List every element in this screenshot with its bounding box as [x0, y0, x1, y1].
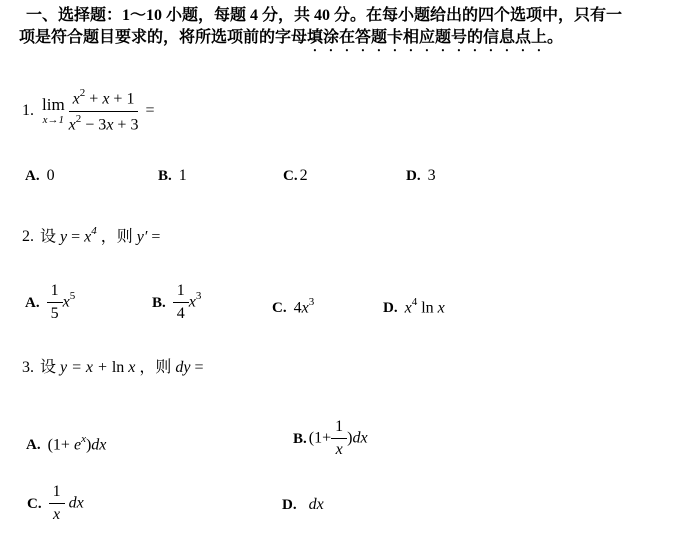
q2-option-d-ln: ln [417, 299, 437, 316]
q2-option-d-var: x [438, 299, 445, 316]
q3-option-b-frac-num: 1 [331, 418, 347, 439]
q3-eq: = [191, 359, 204, 376]
q2-option-c-base: x [302, 299, 309, 316]
limit-word: lim [42, 96, 65, 113]
q3-ln: ln [112, 359, 128, 376]
q3-option-a: A.(1+ ex)dx [26, 430, 106, 455]
q3-option-b-pre: (1+ [309, 430, 331, 447]
q1-option-d: D.3 [406, 166, 436, 186]
q2-option-a-frac-num: 1 [47, 282, 63, 303]
q1-den-end: + 3 [113, 116, 138, 133]
q1-option-a-label: A. [25, 168, 40, 184]
q3-option-a-sup: x [81, 433, 86, 445]
q2-option-a-frac-den: 5 [47, 303, 63, 323]
question-1-stem: 1.limx→1x2 + x + 1x2 − 3x + 3= [22, 88, 154, 134]
q2-option-b-base: x [189, 294, 196, 311]
limit-subscript: x→1 [42, 115, 65, 126]
q1-option-b-label: B. [158, 168, 172, 184]
q3-option-c-frac-num: 1 [49, 483, 65, 504]
q2-option-d-base: x [405, 299, 412, 316]
q1-option-c: C.2 [283, 166, 308, 186]
q2-option-d: D.x4 ln x [383, 293, 445, 318]
limit-operator: limx→1 [42, 96, 65, 126]
q3-option-c-frac-den: x [49, 504, 65, 524]
q3-option-d-dx: dx [309, 496, 324, 513]
q2-option-a: A.15x5 [25, 282, 75, 324]
q1-den-sup: 2 [76, 113, 82, 125]
q2-option-a-label: A. [25, 295, 40, 311]
q3-option-a-pre: (1+ [48, 436, 74, 453]
q3-dy: dy [175, 359, 190, 376]
q2-exponent: 4 [91, 225, 97, 237]
header-line1: 一、选择题：1～10 小题，每题 4 分，共 40 分。在每小题给出的四个选项中… [26, 5, 622, 27]
q2-mid-text: ，则 [97, 228, 137, 245]
header-line2-period: 。 [547, 29, 563, 46]
q2-option-b: B.14x3 [152, 282, 201, 324]
q3-expr-a: y = x + [60, 359, 112, 376]
q1-option-d-value: 3 [428, 167, 436, 184]
q2-option-c-coef: 4 [294, 299, 302, 316]
q2-option-b-label: B. [152, 295, 166, 311]
q3-option-c: C.1x dx [27, 483, 84, 525]
q1-num-sup: 2 [80, 87, 86, 99]
header-line2: 项是符合题目要求的，将所选项前的字母填涂在答题卡相应题号的信息点上。 [19, 27, 563, 55]
q1-option-c-label: C. [283, 168, 298, 184]
q1-num-var1: x [73, 90, 80, 107]
q3-option-c-dx: dx [65, 495, 84, 512]
q2-option-a-fraction: 15 [47, 282, 63, 324]
question-2-stem: 2.设 y = x4 ，则 y′ = [22, 220, 160, 249]
q3-lead-text: 设 [40, 359, 60, 376]
q1-numerator: x2 + x + 1 [69, 88, 139, 112]
q3-option-a-e: e [74, 436, 81, 453]
q2-option-a-base: x [63, 294, 70, 311]
q2-lead-text: 设 [40, 228, 60, 245]
q2-option-c: C.4x3 [272, 293, 314, 318]
q3-option-b: B.(1+1x)dx [293, 418, 368, 460]
q2-option-c-sup: 3 [309, 296, 315, 308]
question-3-stem: 3.设 y = x + ln x ，则 dy = [22, 356, 204, 380]
header-line2-emphasized: 填涂在答题卡相应题号的信息点上 [307, 29, 547, 46]
q2-option-a-sup: 5 [70, 290, 76, 302]
q3-option-b-label: B. [293, 431, 307, 447]
q2-option-d-sup: 4 [412, 296, 418, 308]
q1-equals-sign: = [145, 102, 154, 119]
q1-den-var1: x [69, 116, 76, 133]
q1-option-a-value: 0 [47, 167, 55, 184]
q3-mid-text: ，则 [135, 359, 175, 376]
q2-option-b-frac-den: 4 [173, 303, 189, 323]
q3-option-d-label: D. [282, 497, 297, 513]
header-line2-plain: 项是符合题目要求的，将所选项前的字母 [19, 29, 307, 46]
q3-option-d: D.dx [282, 495, 324, 515]
q3-option-b-dx: dx [352, 430, 367, 447]
q1-fraction: x2 + x + 1x2 − 3x + 3 [69, 88, 139, 134]
q2-option-d-label: D. [383, 300, 398, 316]
q1-option-b: B.1 [158, 166, 187, 186]
q3-option-c-label: C. [27, 496, 42, 512]
q2-eq1: = [67, 228, 84, 245]
q1-num-mid: + [85, 90, 102, 107]
q3-option-b-fraction: 1x [331, 418, 347, 460]
q1-denominator: x2 − 3x + 3 [69, 112, 139, 135]
q2-option-b-frac-num: 1 [173, 282, 189, 303]
q1-den-mid: − 3 [81, 116, 106, 133]
q3-option-b-frac-den: x [331, 439, 347, 459]
q1-option-a: A.0 [25, 166, 55, 186]
q3-option-a-label: A. [26, 437, 41, 453]
q1-option-b-value: 1 [179, 167, 187, 184]
q2-option-c-label: C. [272, 300, 287, 316]
q3-option-c-fraction: 1x [49, 483, 65, 525]
q1-option-c-value: 2 [300, 167, 308, 184]
q1-option-d-label: D. [406, 168, 421, 184]
q2-eq2: = [147, 228, 160, 245]
q2-option-b-sup: 3 [196, 290, 202, 302]
exam-page: 一、选择题：1～10 小题，每题 4 分，共 40 分。在每小题给出的四个选项中… [0, 0, 700, 533]
q2-option-b-fraction: 14 [173, 282, 189, 324]
q3-option-a-dx: dx [91, 436, 106, 453]
q2-var-y2: y [137, 228, 144, 245]
question-3-number: 3. [22, 359, 34, 376]
question-2-number: 2. [22, 228, 34, 245]
q1-num-end: + 1 [109, 90, 134, 107]
question-1-number: 1. [22, 102, 34, 119]
